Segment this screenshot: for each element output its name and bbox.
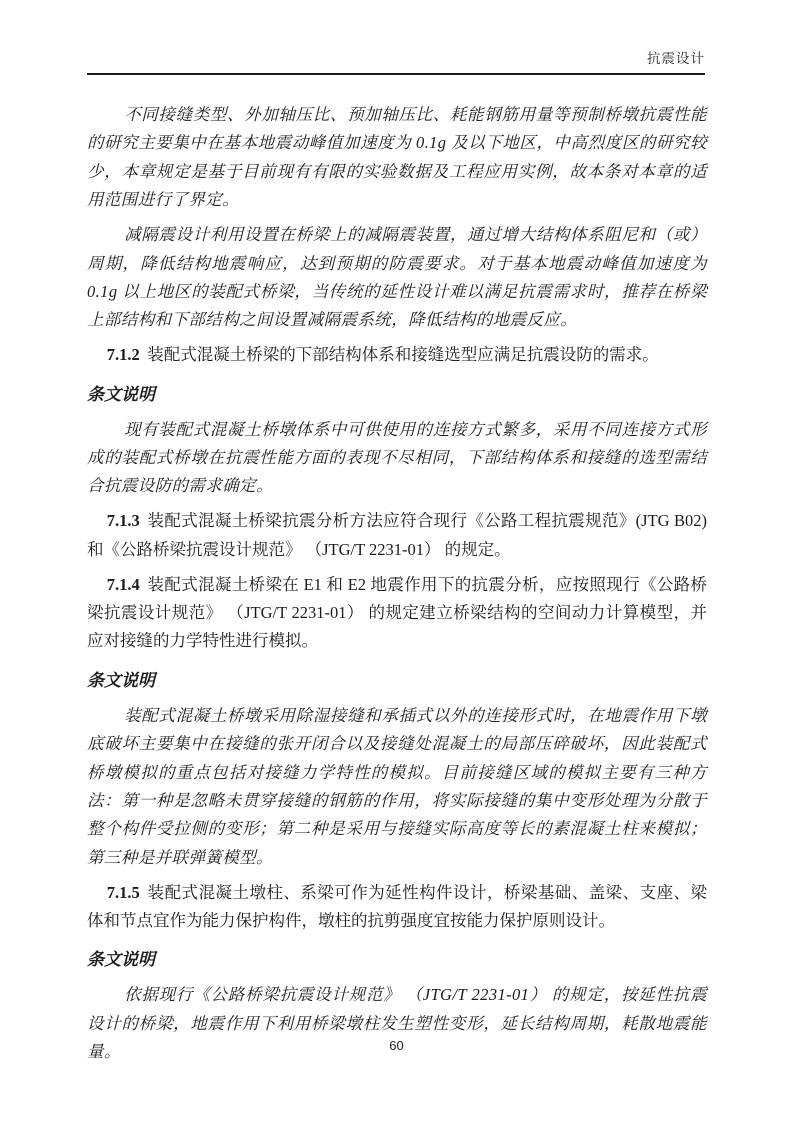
- clause-text: 装配式混凝土桥梁抗震分析方法应符合现行《公路工程抗震规范》(JTG B02)和《…: [87, 511, 707, 558]
- running-header-title: 抗震设计: [647, 51, 705, 66]
- commentary-7-1-2: 现有装配式混凝土桥墩体系中可供使用的连接方式繁多，采用不同连接方式形成的装配式桥…: [87, 416, 707, 501]
- clause-7-1-2: 7.1.2装配式混凝土桥梁的下部结构体系和接缝选型应满足抗震设防的需求。: [87, 341, 707, 369]
- running-header: 抗震设计: [87, 50, 705, 75]
- clause-text: 装配式混凝土桥梁的下部结构体系和接缝选型应满足抗震设防的需求。: [147, 345, 659, 364]
- clause-7-1-4: 7.1.4装配式混凝土桥梁在 E1 和 E2 地震作用下的抗震分析，应按照现行《…: [87, 571, 707, 656]
- clause-number: 7.1.3: [107, 511, 140, 530]
- clause-7-1-3: 7.1.3装配式混凝土桥梁抗震分析方法应符合现行《公路工程抗震规范》(JTG B…: [87, 507, 707, 564]
- paragraph-scope: 不同接缝类型、外加轴压比、预加轴压比、耗能钢筋用量等预制桥墩抗震性能的研究主要集…: [87, 101, 707, 215]
- page-footer: 60: [0, 1038, 793, 1053]
- document-page: 抗震设计 不同接缝类型、外加轴压比、预加轴压比、耗能钢筋用量等预制桥墩抗震性能的…: [0, 0, 793, 1122]
- commentary-label-2: 条文说明: [87, 667, 707, 695]
- commentary-7-1-5: 依据现行《公路桥梁抗震设计规范》 （JTG/T 2231-01） 的规定，按延性…: [87, 981, 707, 1066]
- clause-number: 7.1.5: [107, 883, 140, 902]
- clause-number: 7.1.2: [107, 345, 140, 364]
- paragraph-isolation: 减隔震设计利用设置在桥梁上的减隔震装置，通过增大结构体系阻尼和（或）周期，降低结…: [87, 221, 707, 335]
- commentary-label-3: 条文说明: [87, 946, 707, 974]
- clause-7-1-5: 7.1.5装配式混凝土墩柱、系梁可作为延性构件设计，桥梁基础、盖梁、支座、梁体和…: [87, 879, 707, 936]
- clause-number: 7.1.4: [107, 575, 140, 594]
- commentary-label-1: 条文说明: [87, 381, 707, 409]
- commentary-7-1-4: 装配式混凝土桥墩采用除湿接缝和承插式以外的连接形式时，在地震作用下墩底破坏主要集…: [87, 702, 707, 872]
- clause-text: 装配式混凝土墩柱、系梁可作为延性构件设计，桥梁基础、盖梁、支座、梁体和节点宜作为…: [87, 883, 707, 930]
- document-body: 不同接缝类型、外加轴压比、预加轴压比、耗能钢筋用量等预制桥墩抗震性能的研究主要集…: [87, 101, 707, 1067]
- clause-text: 装配式混凝土桥梁在 E1 和 E2 地震作用下的抗震分析，应按照现行《公路桥梁抗…: [87, 575, 707, 651]
- page-number: 60: [389, 1038, 403, 1053]
